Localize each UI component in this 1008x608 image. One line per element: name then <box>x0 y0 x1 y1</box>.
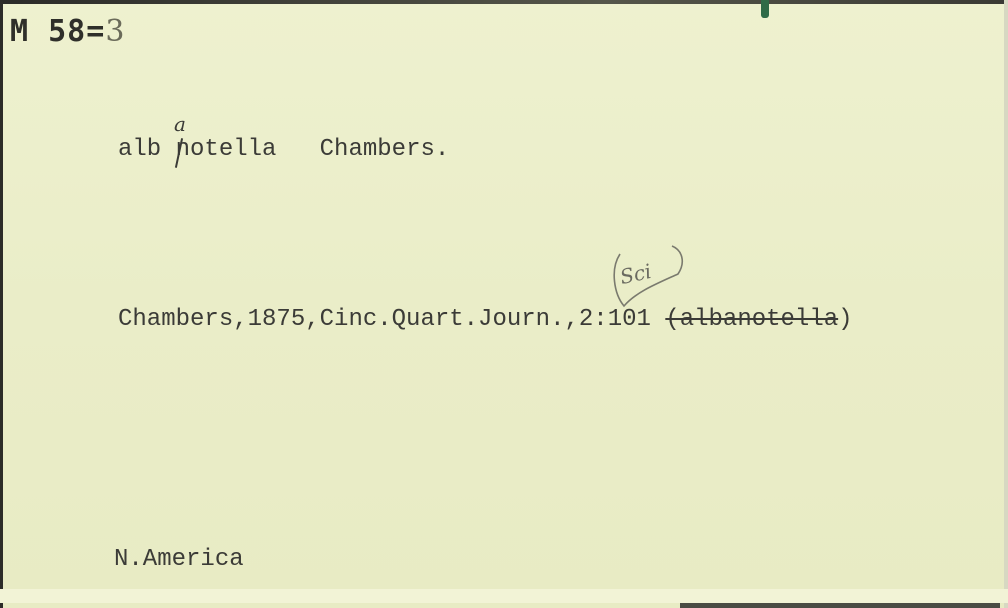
struck-original-spelling: (albanotella <box>665 306 838 333</box>
card-right-edge <box>1004 0 1008 608</box>
distribution: N.America <box>114 546 244 573</box>
call-number: M 58=3 <box>10 14 125 49</box>
citation-line: Chambers,1875,Cinc.Quart.Journ.,2:101 (a… <box>118 306 853 333</box>
taxon-name-line: albinotella Chambers. <box>118 136 449 163</box>
taxon-name-struck-letter: i <box>161 136 175 163</box>
call-number-typed: M 58= <box>10 14 105 49</box>
citation-text: Chambers,1875,Cinc.Quart.Journ. <box>118 306 564 333</box>
taxon-name-prefix: alb <box>118 136 161 163</box>
card-left-edge <box>0 0 3 608</box>
citation-rest: ,2:101 <box>564 306 665 333</box>
card-bottom-band <box>0 589 1008 603</box>
taxon-name-suffix: notella Chambers. <box>176 136 450 163</box>
card-bottom-shadow <box>680 603 1000 608</box>
handwritten-correction-a: a <box>174 112 186 136</box>
green-tab-mark <box>761 0 769 18</box>
call-number-handwritten: 3 <box>105 14 125 49</box>
card-top-edge <box>0 0 1008 4</box>
citation-close-paren: ) <box>838 306 852 333</box>
index-card: M 58=3 a albinotella Chambers. Sci Chamb… <box>0 0 1008 608</box>
